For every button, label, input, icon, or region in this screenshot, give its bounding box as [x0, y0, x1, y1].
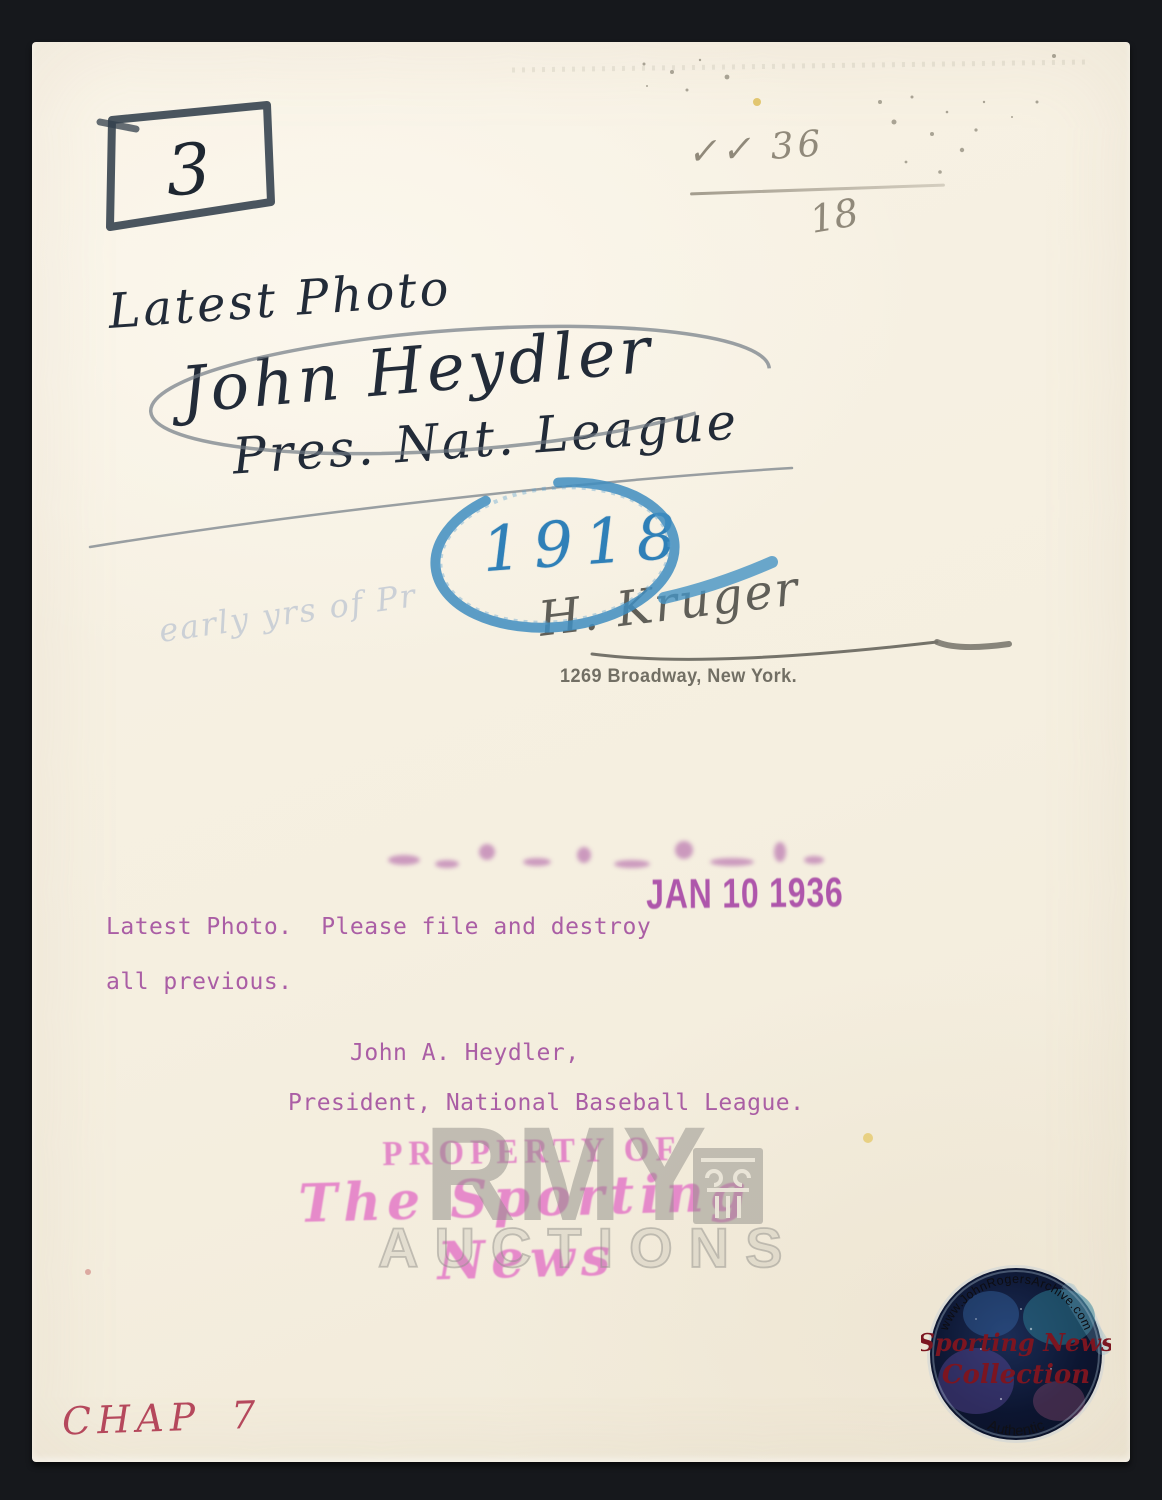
typed-caption-line2: all previous. [106, 969, 293, 995]
page-number: 3 [163, 127, 213, 212]
photo-back-paper: 3 ✓✓ 36 18 Latest Photo John Heydler Pre… [32, 42, 1130, 1462]
smudged-typewriter-line [388, 841, 824, 868]
pencil-tally-note: ✓✓ 36 [686, 123, 826, 173]
typed-caption-line1: Latest Photo. Please file and destroy [106, 914, 651, 940]
sticker-url-arc: www.JohnRogersArchive.com [937, 1272, 1095, 1333]
faint-pencil-note: early yrs of Pr [157, 576, 420, 650]
chapter-note: CHAP 7 [61, 1393, 262, 1444]
pencil-underline [690, 184, 945, 196]
photographer-address-stamp: 1269 Broadway, New York. [560, 666, 797, 688]
pencil-year-note: 18 [807, 190, 862, 242]
signature-underline [592, 642, 1009, 659]
authentication-sticker: www.JohnRogersArchive.com Sporting News … [921, 1259, 1111, 1449]
sticker-authentic-arc: Authentic [985, 1418, 1047, 1440]
circled-year: 1918 [480, 499, 690, 586]
sticker-title-line2: Collection [942, 1360, 1090, 1390]
svg-text:www.JohnRogersArchive.com: www.JohnRogersArchive.com [937, 1272, 1095, 1333]
handwritten-caption-line1: Latest Photo [106, 260, 453, 340]
date-received-stamp: JAN 10 1936 [646, 870, 844, 920]
typed-caption-line3: John A. Heydler, [350, 1040, 580, 1066]
svg-text:Authentic: Authentic [985, 1418, 1047, 1440]
page-number-box: 3 [82, 82, 292, 252]
sticker-title-line1: Sporting News [921, 1328, 1111, 1357]
auctions-watermark-text: AUCTIONS [378, 1220, 798, 1276]
